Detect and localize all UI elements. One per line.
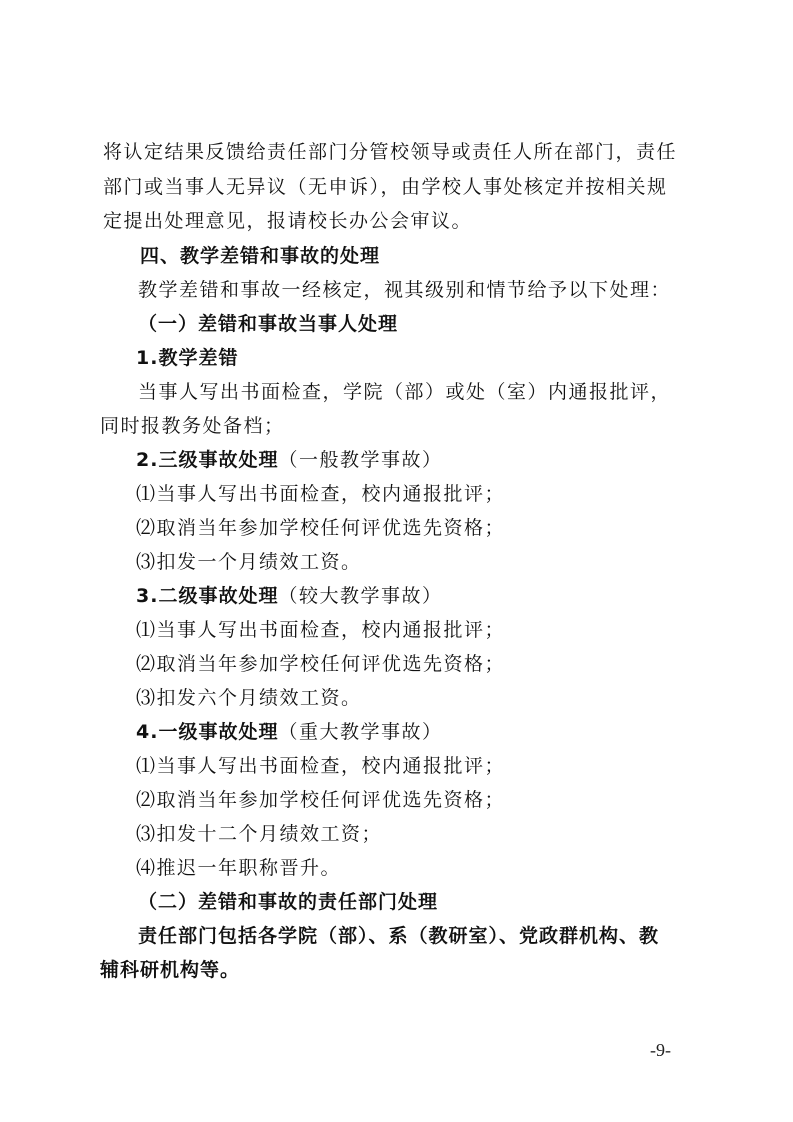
level2-title: 3.二级事故处理: [136, 585, 278, 607]
list-item: ⑴当事人写出书面检查，校内通报批评；: [136, 754, 505, 778]
level1-subtitle: （重大教学事故）: [278, 721, 442, 743]
paragraph-line: 定提出处理意见，报请校长办公会审议。: [103, 209, 472, 233]
level3-heading: 2.三级事故处理（一般教学事故）: [136, 448, 442, 472]
level1-title: 4.一级事故处理: [136, 721, 278, 743]
level2-subtitle: （较大教学事故）: [278, 585, 442, 607]
list-item: ⑶扣发一个月绩效工资。: [136, 550, 362, 574]
subsection-heading: （二）差错和事故的责任部门处理: [138, 890, 438, 914]
level2-heading: 3.二级事故处理（较大教学事故）: [136, 584, 442, 608]
list-item: ⑵取消当年参加学校任何评优选先资格；: [136, 516, 505, 540]
page-number: -9-: [650, 1040, 671, 1061]
item-heading: 1.教学差错: [136, 346, 238, 370]
list-item: ⑵取消当年参加学校任何评优选先资格；: [136, 652, 505, 676]
list-item: ⑴当事人写出书面检查，校内通报批评；: [136, 482, 505, 506]
level3-subtitle: （一般教学事故）: [278, 449, 442, 471]
paragraph-line: 当事人写出书面检查，学院（部）或处（室）内通报批评，: [138, 380, 671, 404]
paragraph-line: 将认定结果反馈给责任部门分管校领导或责任人所在部门，责任: [103, 140, 677, 164]
section-heading: 四、教学差错和事故的处理: [140, 244, 380, 268]
paragraph-line: 辅科研机构等。: [100, 958, 240, 982]
subsection-heading: （一）差错和事故当事人处理: [138, 312, 398, 336]
paragraph-line: 责任部门包括各学院（部）、系（教研室）、党政群机构、教: [138, 924, 659, 948]
paragraph-line: 同时报教务处备档；: [100, 414, 285, 438]
list-item: ⑶扣发十二个月绩效工资；: [136, 822, 382, 846]
list-item: ⑴当事人写出书面检查，校内通报批评；: [136, 618, 505, 642]
list-item: ⑶扣发六个月绩效工资。: [136, 686, 362, 710]
paragraph-line: 教学差错和事故一经核定，视其级别和情节给予以下处理：: [138, 278, 671, 302]
level3-title: 2.三级事故处理: [136, 449, 278, 471]
list-item: ⑵取消当年参加学校任何评优选先资格；: [136, 788, 505, 812]
list-item: ⑷推迟一年职称晋升。: [136, 856, 341, 880]
level1-heading: 4.一级事故处理（重大教学事故）: [136, 720, 442, 744]
paragraph-line: 部门或当事人无异议（无申诉），由学校人事处核定并按相关规: [103, 175, 668, 199]
